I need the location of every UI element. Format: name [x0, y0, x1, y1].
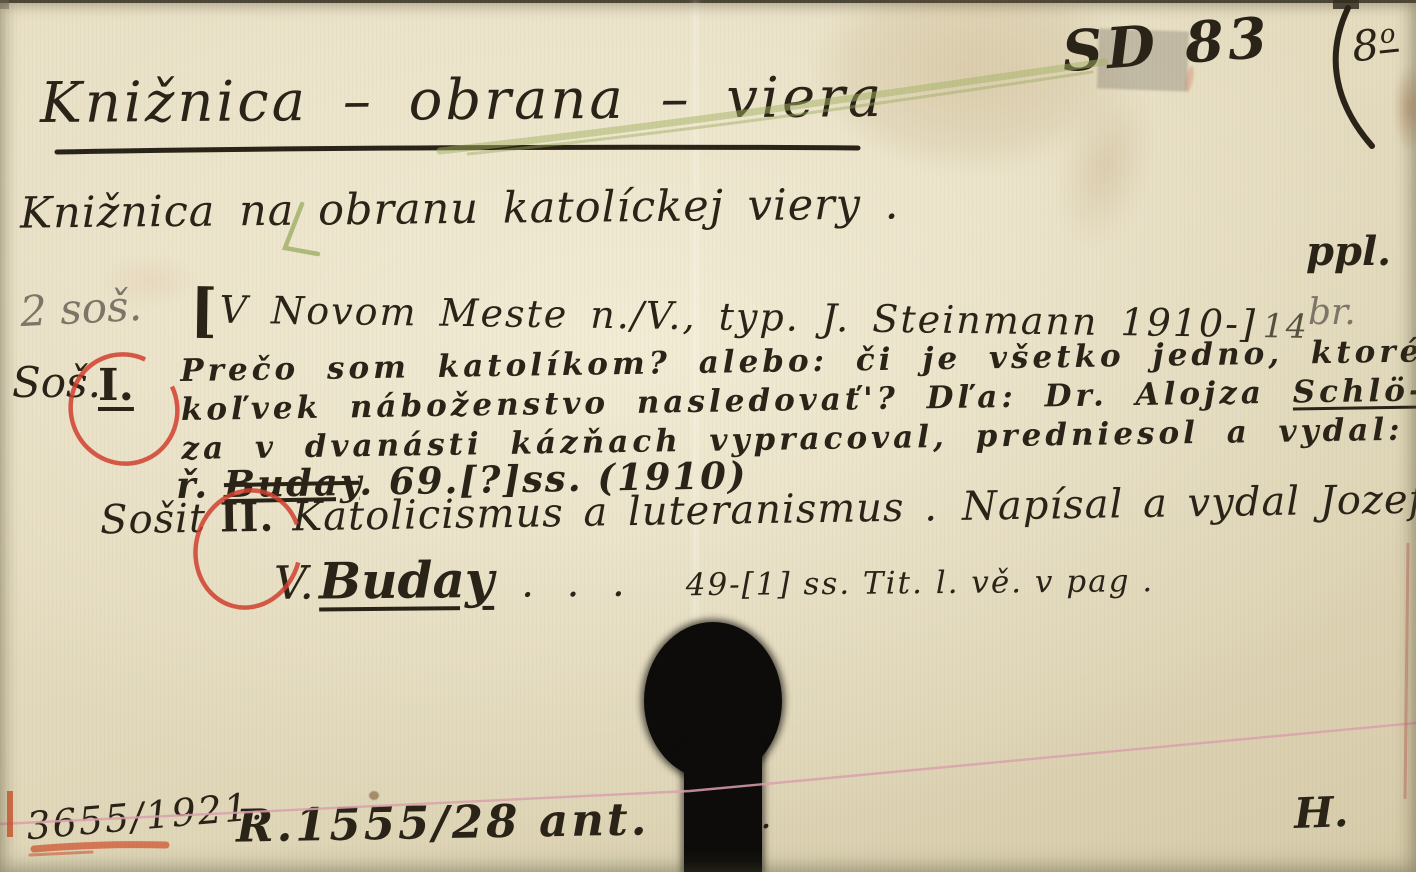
- entry2-numeral: II.: [220, 494, 275, 542]
- red-edge-rule: [1405, 543, 1408, 799]
- entry1-label: Soš.: [12, 358, 101, 407]
- entry2-author-line: V. Buday . . . 49-[1] ss. Tit. l. vě. v …: [274, 544, 1155, 611]
- format-ordinal: o: [1376, 19, 1399, 54]
- shelf-number: R.1555/28 ant.: [236, 792, 650, 852]
- hole-punch-stem: [684, 748, 762, 872]
- author-initial: V.: [274, 555, 314, 609]
- format-statement: 8o: [1350, 18, 1401, 72]
- call-number-prefix: SD: [1060, 13, 1161, 86]
- author-surname: Buday: [319, 550, 495, 611]
- imprint-open-bracket: [: [190, 276, 220, 344]
- entry2-label: Sošit: [100, 496, 207, 544]
- entry1-line2-underlined: Schlö-: [1292, 372, 1416, 410]
- note-br: br.: [1308, 292, 1356, 333]
- entry2-collation: 49-[1] ss. Tit. l. vě. v pag .: [686, 563, 1155, 603]
- series-title: Knižnica na obranu katolíckej viery .: [20, 179, 900, 238]
- entry2-statement: Napísal a vydal Jozef: [962, 477, 1416, 530]
- volume-count-note: 2 soš.: [19, 281, 143, 336]
- call-number: SD83: [1060, 5, 1273, 85]
- call-number-value: 83: [1183, 5, 1273, 77]
- red-accession-underline2: [30, 852, 92, 855]
- title-underline: [57, 147, 858, 152]
- catalog-card: SD83 8o Knižnica – obrana – viera Knižni…: [0, 0, 1416, 872]
- note-ppl: ppl.: [1306, 228, 1391, 275]
- entry2-title: Katolicismus a luteranismus .: [292, 484, 938, 540]
- ellipsis-dots: . . .: [521, 560, 635, 607]
- entry1-description: Prečo som katolíkom? alebo: či je všetko…: [180, 332, 1416, 469]
- accession-number: 3655/1921.: [25, 784, 266, 849]
- scan-corner-artifact: [0, 0, 9, 9]
- cataloger-initial-h: H.: [1293, 787, 1349, 838]
- scan-top-edge: [0, 0, 1416, 3]
- scan-edge-artifact: [1333, 0, 1359, 9]
- subject-heading: Knižnica – obrana – viera: [40, 65, 885, 136]
- entry1-numeral: I.: [98, 360, 134, 411]
